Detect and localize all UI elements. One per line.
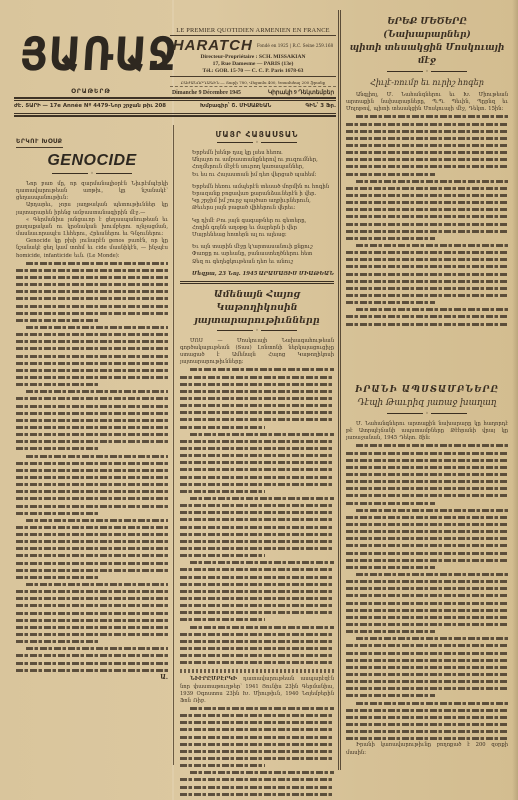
text-line (180, 459, 334, 466)
text-line (346, 657, 508, 664)
text-line (346, 671, 508, 678)
text-line (346, 550, 508, 557)
masthead-info: LE PREMIER QUOTIDIEN ARMENIEN EN FRANCE … (170, 27, 336, 96)
text-line (346, 263, 508, 270)
text-line (16, 460, 168, 467)
text-line (346, 306, 508, 313)
text-line (180, 595, 334, 602)
text-line (180, 645, 334, 652)
poem-stanza: Երբեմն խենթ դալ կը լսես հեռուԱնյայտ ու ա… (192, 150, 334, 179)
article-body-continuation (180, 366, 334, 666)
text-line (346, 213, 508, 220)
date-french: Dimanche 9 Décembre 1945 (172, 90, 241, 96)
poem-stanza: Եւ այն տարին մէջը կ'արտասանուի քնքուշՓառ… (192, 244, 334, 266)
paragraph: Իրանի կառավարութիւնը բողոքած է 200 զօրքի… (346, 742, 508, 756)
text-line (16, 581, 168, 588)
text-line (180, 762, 334, 769)
article-right-top: ԵՐԵՔ ՄԵԾԵՐԸ (Նախարարներ) պիտի տեսակցին Մ… (346, 16, 508, 328)
text-line (180, 481, 334, 488)
text-line (346, 113, 508, 120)
text-line (346, 171, 508, 178)
poem-stanza: Երբեմն հեռու ամպերէն տեսած մորմին ու հոգ… (192, 184, 334, 213)
text-line (346, 728, 508, 735)
text-line (16, 617, 168, 624)
text-line (180, 374, 334, 381)
text-line (16, 381, 168, 388)
text-line (180, 624, 334, 631)
text-line (346, 507, 508, 514)
text-line (346, 571, 508, 578)
text-line (16, 431, 168, 438)
text-line (16, 545, 168, 552)
text-line (346, 735, 508, 742)
text-line (16, 295, 168, 302)
text-line (180, 588, 334, 595)
paragraph: ՄՈՍ — Մոսկուայի Նախագահութեան գործակալու… (180, 338, 334, 367)
text-line (180, 712, 334, 719)
text-line (346, 628, 508, 635)
article-body: Նոր բառ մը, որ զարմանալիօրէն Նիւրէմպէրկի… (16, 181, 168, 260)
text-line (346, 135, 508, 142)
text-line (180, 545, 334, 552)
poem-line: Մայրենեաց հոտերն ալ ու ալեաց։ (192, 232, 334, 239)
poem-line: Փառքը ու արեանը, բանաստեղծներու հետ (192, 251, 334, 258)
masthead-logo: ՅԱՌԱՋ (18, 26, 163, 84)
poem-author: ԱՐԱՄԱՅԻՍ ՄԻԱԹԵԱՆ (259, 271, 334, 277)
text-line (346, 156, 508, 163)
article-signature: Ա. (16, 674, 168, 681)
text-line (346, 700, 508, 707)
poem-title: ՄԱՅՐ ՀԱՅԱՍՏԱՆ (180, 130, 334, 139)
text-line (346, 313, 508, 320)
text-line (180, 416, 334, 423)
poem-line: Եւ ես ու Հայաստան իմ դեռ վերցած պահեմ։ (192, 172, 334, 179)
text-line (16, 324, 168, 331)
text-line (180, 602, 334, 609)
text-line (16, 624, 168, 631)
issue-bar: ԺԷ. ՏԱՐԻ — 17e Année Nº 4479-Նոր շրջան թ… (14, 103, 336, 109)
text-line (346, 678, 508, 685)
article-body: Անգլիոյ, Մ. Նահանգներու եւ Խ. Միութեան ա… (346, 92, 508, 113)
text-line (16, 588, 168, 595)
column-rule (338, 10, 339, 770)
text-line (180, 452, 334, 459)
ornament: ◦ (16, 170, 168, 178)
poem-line: Հողին գոյնն աղօթք եւ մայրերն ի վեր (192, 225, 334, 232)
article-right-bottom: ԻՐԱՆԻ ԱՊՍՏԱՄԲՆԵՐԸ Դէպի Թաւրիզ յառաջ խաղա… (346, 384, 508, 757)
masthead-phone: Tél.: GOB. 15-70 — C. C. P. Paris 1678-6… (170, 68, 336, 77)
text-line (346, 228, 508, 235)
issue-volume: ԺԷ. ՏԱՐԻ — 17e Année Nº 4479-Նոր շրջան թ… (14, 103, 166, 109)
article-body: Մ. Նահանգներու արտաքին նախարարը կը հաղոր… (346, 421, 508, 442)
text-line (180, 734, 334, 741)
masthead-founded: Fondé en 1925 | R.C. Seine 259.168 (257, 43, 333, 48)
text-line (346, 178, 508, 185)
text-line (16, 303, 168, 310)
text-line (16, 417, 168, 424)
text-line (346, 557, 508, 564)
text-line (180, 566, 334, 573)
article-poem: ՄԱՅՐ ՀԱՅԱՍՏԱՆ ◦ Երբեմն խենթ դալ կը լսես … (180, 130, 334, 800)
text-line (180, 495, 334, 502)
text-line (16, 281, 168, 288)
text-line (346, 142, 508, 149)
text-line (346, 464, 508, 471)
text-line (180, 616, 334, 623)
masthead-director: Directeur-Propriétaire : SCH. MISSAKIAN (170, 54, 336, 61)
issue-editor: Խմբագիր՝ Շ. ՄԻՍԱՔԵԱՆ (200, 103, 271, 109)
text-line (346, 614, 508, 621)
text-line (16, 495, 168, 502)
masthead-subtitle: ՕՐԱԹԵՐԹ (60, 88, 122, 95)
text-line (16, 374, 168, 381)
text-line (346, 256, 508, 263)
text-line (346, 721, 508, 728)
text-line (346, 650, 508, 657)
text-line (16, 310, 168, 317)
text-line (16, 595, 168, 602)
text-line (346, 664, 508, 671)
article-subheadline: Հիւլէ-ռումբ եւ ուրիշ հոգեր (346, 76, 508, 89)
text-line (16, 267, 168, 274)
text-line (346, 635, 508, 642)
text-line (180, 466, 334, 473)
text-line (180, 552, 334, 559)
text-line (346, 592, 508, 599)
text-line (180, 516, 334, 523)
paragraph: Մ. Նահանգներու արտաքին նախարարը կը հաղոր… (346, 421, 508, 442)
text-line (16, 602, 168, 609)
text-line (16, 274, 168, 281)
text-line (180, 538, 334, 545)
poem-line: Երբեմն խենթ դալ կը լսես հեռու (192, 150, 334, 157)
poem-body: Երբեմն խենթ դալ կը լսես հեռուԱնյայտ ու ա… (180, 150, 334, 266)
text-line (16, 567, 168, 574)
text-line (16, 410, 168, 417)
text-line (346, 685, 508, 692)
text-line (16, 388, 168, 395)
text-line (180, 741, 334, 748)
text-line (180, 366, 334, 373)
rule (14, 100, 336, 101)
poem-date: Մեզրա, 23 Նոյ. 1945 (192, 271, 258, 277)
text-line (180, 638, 334, 645)
text-line (346, 149, 508, 156)
text-line (180, 726, 334, 733)
text-line (180, 574, 334, 581)
text-line (346, 707, 508, 714)
text-line (180, 659, 334, 666)
text-line (180, 748, 334, 755)
text-line (16, 481, 168, 488)
text-line (346, 485, 508, 492)
paragraph: Նոր բառ մը, որ զարմանալիօրէն Նիւրէմպէրկի… (16, 181, 168, 202)
text-line (16, 510, 168, 517)
text-line (180, 791, 334, 798)
article-headline: Ամենայն Հայոց Կաթողիկոսին յայտարարութիւն… (180, 288, 334, 327)
text-line (16, 488, 168, 495)
text-line (346, 292, 508, 299)
text-line (16, 638, 168, 645)
text-line (180, 631, 334, 638)
column-rule (340, 10, 341, 770)
text-line (16, 538, 168, 545)
article-headline: ԵՐԵՔ ՄԵԾԵՐԸ (Նախարարներ) պիտի տեսակցին Մ… (346, 16, 508, 68)
date-armenian: Կիրակի 9 Դեկտեմբեր (268, 90, 334, 96)
section-kicker: ՆԻՒՐԸՄԲԷՐԿԻ (190, 676, 237, 682)
text-line (180, 609, 334, 616)
text-line (16, 660, 168, 667)
text-line (16, 503, 168, 510)
poem-line: Ձեզ ու գեղեցկութեան դեռ եւ անուշ (192, 259, 334, 266)
article-body-continuation (16, 260, 168, 674)
poem-line: Հողմերուն մէջէն սուրող կառապաններ, (192, 164, 334, 171)
article-kicker: ԵՐԿՈՒ ԽՕՍՔ (16, 138, 63, 148)
text-line (346, 714, 508, 721)
article-body-continuation (346, 113, 508, 327)
text-line (16, 338, 168, 345)
text-line (16, 531, 168, 538)
poem-stanza: Կը դիմէ Բու յայն գագաթներ ու գետերը,Հողի… (192, 218, 334, 240)
rule (14, 97, 336, 99)
text-line (180, 784, 334, 791)
text-line (346, 514, 508, 521)
newspaper-page: ՅԱՌԱՋ ՕՐԱԹԵՐԹ LE PREMIER QUOTIDIEN ARMEN… (0, 0, 518, 800)
text-line (16, 667, 168, 674)
text-line (346, 457, 508, 464)
issue-price: ԳԻՆ՝ 3 Ֆր. (305, 103, 336, 109)
text-line (346, 621, 508, 628)
masthead-prices: ԲԱԺԱՆՈՐԴԱԳԻՆ.— Տարի 780, Վեցամս 400, Եռա… (170, 80, 336, 87)
text-line (346, 185, 508, 192)
text-line (346, 585, 508, 592)
article-body: ՆԻՒՐԸՄԲԷՐԿԻ դատավարութեան ասպարէզէն նոր … (180, 676, 334, 705)
masthead-title: HARATCH (173, 37, 253, 54)
text-line (180, 402, 334, 409)
text-line (180, 531, 334, 538)
article-body: Իրանի կառավարութիւնը բողոքած է 200 զօրքի… (346, 742, 508, 756)
text-line (346, 528, 508, 535)
text-line (180, 381, 334, 388)
poem-line: Կը դիմէ Բու յայն գագաթներ ու գետերը, (192, 218, 334, 225)
text-line (346, 535, 508, 542)
text-line (346, 471, 508, 478)
text-line (16, 610, 168, 617)
text-line (346, 199, 508, 206)
text-line (180, 445, 334, 452)
text-line (16, 403, 168, 410)
article-headline: ԻՐԱՆԻ ԱՊՍՏԱՄԲՆԵՐԸ Դէպի Թաւրիզ յառաջ խաղա… (346, 384, 508, 410)
text-line (180, 388, 334, 395)
paragraph: Genocide կը բխի յունարէն genos բառէն, որ… (16, 238, 168, 259)
text-line (16, 317, 168, 324)
text-line (180, 524, 334, 531)
text-line (346, 221, 508, 228)
text-line (16, 645, 168, 652)
poem-line: Երբեմն հեռու ամպերէն տեսած մորմին ու հոգ… (192, 184, 334, 191)
text-line (16, 453, 168, 460)
paper-edge-shadow (512, 0, 518, 800)
text-line (16, 424, 168, 431)
text-line (16, 438, 168, 445)
rule (14, 115, 336, 117)
text-line (16, 367, 168, 374)
text-line (346, 285, 508, 292)
text-line (16, 524, 168, 531)
text-line (180, 776, 334, 783)
ornament: ◦ (180, 139, 334, 147)
text-line (346, 521, 508, 528)
text-line (346, 278, 508, 285)
text-line (16, 517, 168, 524)
text-line (346, 500, 508, 507)
text-line (180, 474, 334, 481)
text-line (16, 652, 168, 659)
text-line (16, 260, 168, 267)
paragraph: Անգլիոյ, Մ. Նահանգներու եւ Խ. Միութեան ա… (346, 92, 508, 113)
text-line (180, 719, 334, 726)
text-line (16, 474, 168, 481)
text-line (346, 271, 508, 278)
text-line (346, 578, 508, 585)
poem-signature: Մեզրա, 23 Նոյ. 1945 ԱՐԱՄԱՅԻՍ ՄԻԱԹԵԱՆ (180, 271, 334, 277)
text-line (180, 769, 334, 776)
article-headline: GENOCIDE (16, 152, 168, 170)
text-line (180, 431, 334, 438)
text-line (346, 642, 508, 649)
text-line (180, 409, 334, 416)
text-line (16, 331, 168, 338)
text-line (346, 299, 508, 306)
article-body: ՄՈՍ — Մոսկուայի Նախագահութեան գործակալու… (180, 338, 334, 367)
article-genocide: ԵՐԿՈՒ ԽՕՍՔ GENOCIDE ◦ Նոր բառ մը, որ զար… (16, 128, 168, 681)
text-line (180, 705, 334, 712)
article-body-continuation (346, 442, 508, 742)
text-line (16, 445, 168, 452)
text-line (346, 600, 508, 607)
ornament: ◦ (180, 327, 334, 335)
text-line (346, 321, 508, 328)
ornament: ◦ (346, 68, 508, 76)
text-line (180, 438, 334, 445)
text-line (16, 631, 168, 638)
masthead-address: 17, Rue Damesme — PARIS (13e) (170, 61, 336, 68)
text-line (346, 450, 508, 457)
text-line (346, 478, 508, 485)
poem-line: Թեւերս յայն բացած վիհերուն վերեւ։ (192, 205, 334, 212)
ornament: ◦ (346, 410, 508, 418)
text-line (16, 288, 168, 295)
text-line (346, 249, 508, 256)
text-line (16, 560, 168, 567)
text-line (346, 206, 508, 213)
text-line (180, 652, 334, 659)
article-body-continuation (180, 705, 334, 800)
text-line (180, 755, 334, 762)
text-line (346, 492, 508, 499)
text-line (346, 442, 508, 449)
text-line (180, 559, 334, 566)
text-line (346, 542, 508, 549)
paragraph: Արդարեւ, չորս յաղթական պետութիւններ կը յ… (16, 202, 168, 216)
paragraph: « Գերմանիա յանցաւոր է ցեղասպանութեան եւ … (16, 217, 168, 238)
text-line (16, 360, 168, 367)
wavy-divider (180, 669, 334, 673)
text-line (346, 163, 508, 170)
text-line (346, 235, 508, 242)
text-line (180, 502, 334, 509)
text-line (346, 128, 508, 135)
masthead-tagline: LE PREMIER QUOTIDIEN ARMENIEN EN FRANCE (170, 27, 336, 36)
text-line (180, 509, 334, 516)
text-line (346, 121, 508, 128)
text-line (16, 353, 168, 360)
text-line (346, 192, 508, 199)
text-line (346, 564, 508, 571)
text-line (346, 607, 508, 614)
text-line (180, 581, 334, 588)
poem-line: Անյայտ ու ամբաստանքներով ու յուզումներ, (192, 157, 334, 164)
column-divider (173, 125, 174, 765)
text-line (180, 395, 334, 402)
text-line (346, 692, 508, 699)
text-line (16, 467, 168, 474)
text-line (180, 488, 334, 495)
rule (14, 113, 336, 114)
text-line (16, 395, 168, 402)
text-line (16, 552, 168, 559)
text-line (16, 345, 168, 352)
text-line (180, 424, 334, 431)
text-line (16, 574, 168, 581)
text-line (346, 242, 508, 249)
